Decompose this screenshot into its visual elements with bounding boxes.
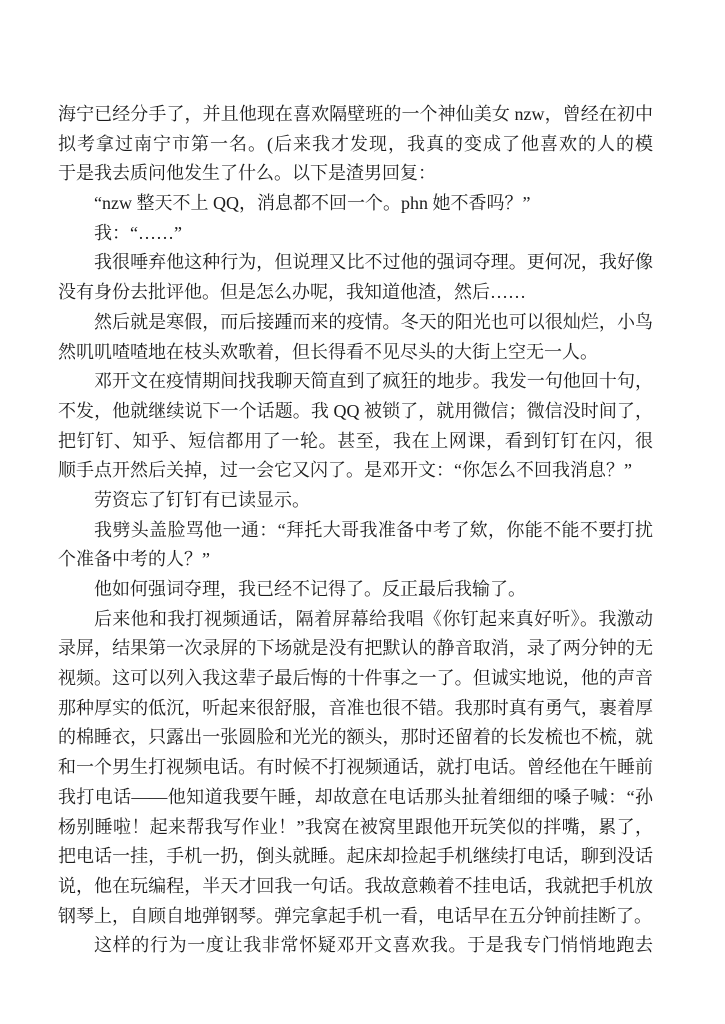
text-line: 没有身份去批评他。但是怎么办呢，我知道他渣，然后…… bbox=[58, 278, 653, 308]
paragraph: “nzw 整天不上 QQ，消息都不回一个。phn 她不香吗？” bbox=[58, 189, 653, 219]
paragraph: 这样的行为一度让我非常怀疑邓开文喜欢我。于是我专门悄悄地跑去 QQ bbox=[58, 931, 653, 961]
text-line: 顺手点开然后关掉，过一会它又闪了。是邓开文：“你怎么不回我消息？” bbox=[58, 456, 653, 486]
paragraph: 我劈头盖脸骂他一通：“拜托大哥我准备中考了欸，你能不能不要打扰一个准备中考的人？… bbox=[58, 516, 653, 575]
paragraph: 邓开文在疫情期间找我聊天简直到了疯狂的地步。我发一句他回十句，我不发，他就继续说… bbox=[58, 367, 653, 486]
paragraph: 劳资忘了钉钉有已读显示。 bbox=[58, 486, 653, 516]
text-line: 和一个男生打视频电话。有时候不打视频通话，就打电话。曾经他在午睡前给 bbox=[58, 753, 653, 783]
text-line: 把钉钉、知乎、短信都用了一轮。甚至，我在上网课，看到钉钉在闪，很烦， bbox=[58, 427, 653, 457]
paragraph: 后来他和我打视频通话，隔着屏幕给我唱《你钉起来真好听》。我激动得录屏，结果第一次… bbox=[58, 605, 653, 932]
text-line: 录屏，结果第一次录屏的下场就是没有把默认的静音取消，录了两分钟的无声 bbox=[58, 634, 653, 664]
paragraph: 我：“……” bbox=[58, 219, 653, 249]
paragraph: 然后就是寒假，而后接踵而来的疫情。冬天的阳光也可以很灿烂，小鸟仍然叽叽喳喳地在枝… bbox=[58, 308, 653, 367]
text-line: 我：“……” bbox=[58, 219, 653, 249]
text-line: 个准备中考的人？” bbox=[58, 545, 653, 575]
text-line: 说，他在玩编程，半天才回我一句话。我故意赖着不挂电话，我就把手机放在 bbox=[58, 872, 653, 902]
text-line: 不发，他就继续说下一个话题。我 QQ 被锁了，就用微信；微信没时间了，就 bbox=[58, 397, 653, 427]
text-line: 我打电话——他知道我要午睡，却故意在电话那头扯着细细的嗓子喊：“孙一 bbox=[58, 783, 653, 813]
text-line: 然后就是寒假，而后接踵而来的疫情。冬天的阳光也可以很灿烂，小鸟仍 bbox=[58, 308, 653, 338]
text-line: “nzw 整天不上 QQ，消息都不回一个。phn 她不香吗？” bbox=[58, 189, 653, 219]
paragraph: 我很唾弃他这种行为，但说理又比不过他的强词夺理。更何况，我好像也没有身份去批评他… bbox=[58, 248, 653, 307]
text-line: 他如何强词夺理，我已经不记得了。反正最后我输了。 bbox=[58, 575, 653, 605]
text-line: 然叽叽喳喳地在枝头欢歌着，但长得看不见尽头的大街上空无一人。 bbox=[58, 338, 653, 368]
paragraph: 他如何强词夺理，我已经不记得了。反正最后我输了。 bbox=[58, 575, 653, 605]
text-line: 那种厚实的低沉，听起来很舒服，音准也很不错。我那时真有勇气，裹着厚厚 bbox=[58, 694, 653, 724]
text-line: 海宁已经分手了，并且他现在喜欢隔壁班的一个神仙美女 nzw，曾经在初中模 bbox=[58, 100, 653, 130]
text-line: 钢琴上，自顾自地弹钢琴。弹完拿起手机一看，电话早在五分钟前挂断了。 bbox=[58, 902, 653, 932]
text-line: 的棉睡衣，只露出一张圆脸和光光的额头，那时还留着的长发梳也不梳，就敢 bbox=[58, 723, 653, 753]
text-line: 我很唾弃他这种行为，但说理又比不过他的强词夺理。更何况，我好像也 bbox=[58, 248, 653, 278]
text-line: 于是我去质问他发生了什么。以下是渣男回复： bbox=[58, 159, 653, 189]
body-text: 海宁已经分手了，并且他现在喜欢隔壁班的一个神仙美女 nzw，曾经在初中模拟考拿过… bbox=[58, 100, 653, 961]
text-line: 我劈头盖脸骂他一通：“拜托大哥我准备中考了欸，你能不能不要打扰一 bbox=[58, 516, 653, 546]
text-line: 劳资忘了钉钉有已读显示。 bbox=[58, 486, 653, 516]
document-page: 海宁已经分手了，并且他现在喜欢隔壁班的一个神仙美女 nzw，曾经在初中模拟考拿过… bbox=[0, 0, 725, 1024]
text-line: 把电话一挂，手机一扔，倒头就睡。起床却捡起手机继续打电话，聊到没话可 bbox=[58, 842, 653, 872]
text-line: 后来他和我打视频通话，隔着屏幕给我唱《你钉起来真好听》。我激动得 bbox=[58, 605, 653, 635]
text-line: 这样的行为一度让我非常怀疑邓开文喜欢我。于是我专门悄悄地跑去 QQ bbox=[58, 931, 653, 961]
text-line: 杨别睡啦！起来帮我写作业！”我窝在被窝里跟他开玩笑似的拌嘴，累了，就 bbox=[58, 813, 653, 843]
paragraph: 海宁已经分手了，并且他现在喜欢隔壁班的一个神仙美女 nzw，曾经在初中模拟考拿过… bbox=[58, 100, 653, 189]
text-line: 邓开文在疫情期间找我聊天简直到了疯狂的地步。我发一句他回十句，我 bbox=[58, 367, 653, 397]
text-line: 视频。这可以列入我这辈子最后悔的十件事之一了。但诚实地说，他的声音是 bbox=[58, 664, 653, 694]
text-line: 拟考拿过南宁市第一名。(后来我才发现，我真的变成了他喜欢的人的模样……) bbox=[58, 130, 653, 160]
